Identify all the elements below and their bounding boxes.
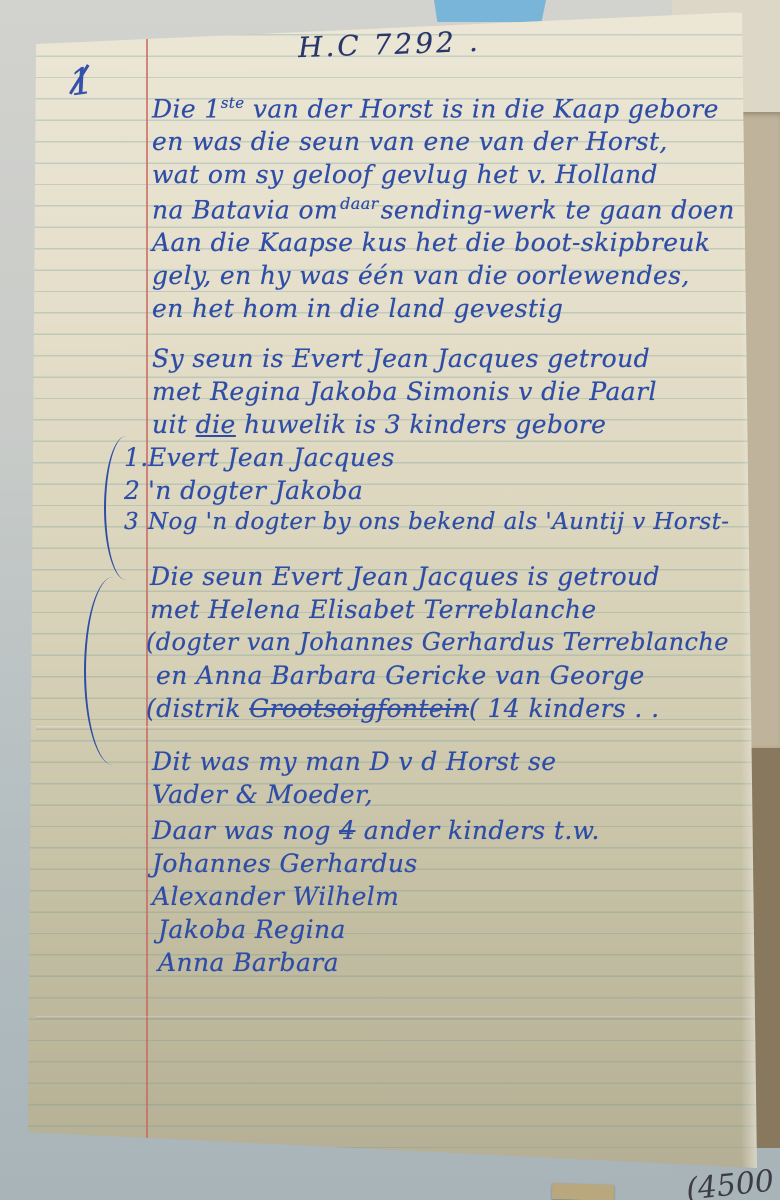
line-text: ( 14 kinders . . [469,694,659,723]
line-text: (distrik [146,694,249,723]
sibling-name: Johannes Gerhardus [152,849,418,878]
inserted-word: daar [340,194,379,213]
line-text: Die 1 [152,94,221,123]
line-text: Daar was nog [152,816,339,845]
para4-line1: Dit was my man D v d Horst se [152,747,556,776]
item-number: 3 [124,509,148,535]
item-text: Evert Jean Jacques [148,443,395,472]
para4-line2: Vader & Moeder, [152,780,373,809]
struck-number: 4 [339,816,355,845]
manuscript-page: H.C 7292 . 1 Die 1ste van der Horst is i… [0,0,780,1200]
item-text: 'n dogter Jakoba [148,476,363,505]
underlined-word: die [196,410,236,439]
para3-line5: (distrik Grootsoigfontein( 14 kinders . … [146,694,659,723]
struck-word: Grootsoigfontein [249,694,469,723]
para1-line4: na Batavia omdaarsending-werk te gaan do… [152,194,735,224]
line-text: van der Horst is in die Kaap gebore [245,94,719,123]
para2-line3: uit die huwelik is 3 kinders gebore [152,410,606,439]
item-number: 1. [124,443,148,472]
para3-line1: Die seun Evert Jean Jacques is getroud [150,562,660,591]
small-paper-scrap [552,1183,615,1200]
line-text: ander kinders t.w. [355,816,599,845]
para1-line7: en het hom in die land gevestig [152,294,563,323]
item-number: 2 [124,476,148,505]
child-item-2: 2'n dogter Jakoba [124,476,363,505]
sibling-name: Anna Barbara [158,948,339,977]
para3-line4: en Anna Barbara Gericke van George [156,661,645,690]
margin-brace-lower [84,577,142,765]
para2-line2: met Regina Jakoba Simonis v die Paarl [152,377,657,406]
sibling-name: Jakoba Regina [158,915,346,944]
para1-line5: Aan die Kaapse kus het die boot-skipbreu… [152,228,710,257]
para1-line3: wat om sy geloof gevlug het v. Holland [152,160,658,189]
line-text: uit [152,410,196,439]
para4-line3: Daar was nog 4 ander kinders t.w. [152,816,600,845]
line-text: na Batavia om [152,195,338,224]
para1-line1: Die 1ste van der Horst is in die Kaap ge… [152,94,719,123]
sibling-name: Alexander Wilhelm [152,882,399,911]
child-item-1: 1.Evert Jean Jacques [124,443,395,472]
para3-line3: (dogter van Johannes Gerhardus Terreblan… [146,628,729,656]
photo-of-handwritten-document: H.C 7292 . 1 Die 1ste van der Horst is i… [0,0,780,1200]
para2-line1: Sy seun is Evert Jean Jacques getroud [152,344,650,373]
ordinal-superscript: ste [221,94,245,112]
blue-tape [434,0,546,22]
line-text: sending-werk te gaan doen [381,195,735,224]
item-text: Nog 'n dogter by ons bekend als 'Auntij … [148,509,729,535]
para1-line2: en was die seun van ene van der Horst, [152,127,668,156]
child-item-3: 3Nog 'n dogter by ons bekend als 'Auntij… [124,509,729,535]
line-text: huwelik is 3 kinders gebore [236,410,607,439]
para1-line6: gely, en hy was één van die oorlewendes, [152,261,690,290]
para3-line2: met Helena Elisabet Terreblanche [150,595,597,624]
